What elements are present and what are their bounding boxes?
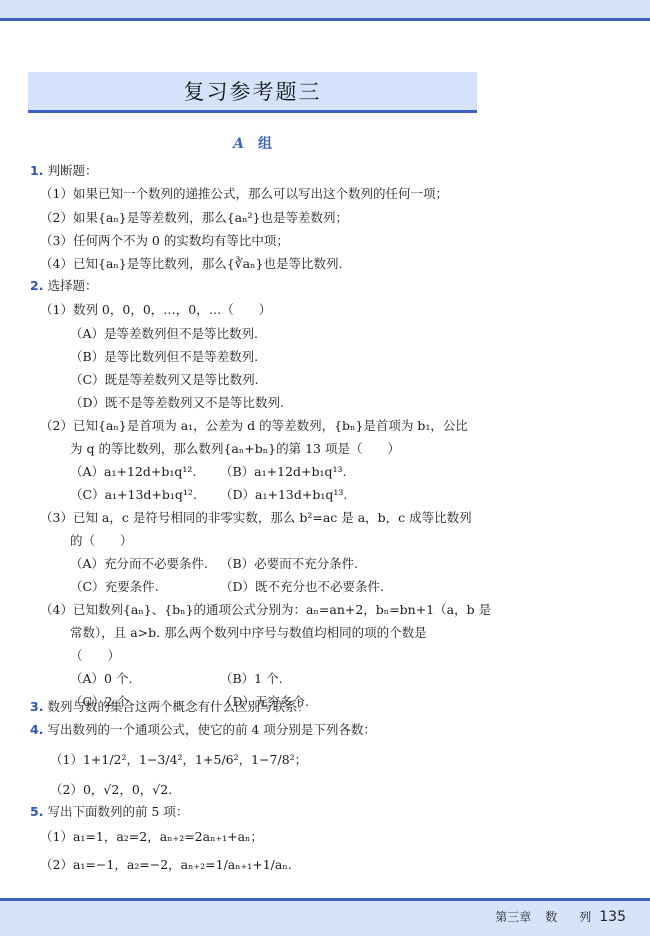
q2-2-stem-line1: （2）已知{aₙ}是首项为 a₁，公差为 d 的等差数列，{bₙ}是首项为 b₁… xyxy=(40,418,468,434)
q2-3-option-b: （B）必要而不充分条件. xyxy=(220,556,358,572)
question-2: 2. 选择题： xyxy=(30,278,97,294)
q2-3-stem-line2: 的（ ） xyxy=(70,533,133,549)
question-5: 5. 写出下面数列的前 5 项： xyxy=(30,804,188,820)
q1-item-2: （2）如果{aₙ}是等差数列，那么{aₙ²}也是等差数列； xyxy=(40,210,348,226)
question-3: 3. 数列与数的集合这两个概念有什么区别与联系？ xyxy=(30,699,310,715)
q2-4-stem-line2: 常数），且 a>b. 那么两个数列中序号与数值均相同的项的个数是 xyxy=(70,625,427,641)
group-label: 组 xyxy=(258,136,272,152)
q2-3-option-c: （C）充要条件. xyxy=(70,579,159,595)
chapter-label: 第三章 xyxy=(495,910,531,924)
q1-item-4: （4）已知{aₙ}是等比数列，那么{∛aₙ}也是等比数列. xyxy=(40,256,342,272)
group-letter: A xyxy=(233,136,244,152)
q2-3-option-d: （D）既不充分也不必要条件. xyxy=(220,579,384,595)
section-char-2: 列 xyxy=(579,910,591,924)
question-label: 判断题： xyxy=(47,163,97,178)
q2-2-option-c: （C）a₁+13d+b₁q¹². xyxy=(70,487,197,503)
question-1: 1. 判断题： xyxy=(30,163,97,179)
q2-2-option-d: （D）a₁+13d+b₁q¹³. xyxy=(220,487,347,503)
q2-1-option-c: （C）既是等差数列又是等比数列. xyxy=(70,372,259,388)
q2-3-stem-line1: （3）已知 a，c 是符号相同的非零实数，那么 b²=ac 是 a，b，c 成等… xyxy=(40,510,472,526)
section-char-1: 数 xyxy=(545,910,557,924)
question-text: 写出数列的一个通项公式，使它的前 4 项分别是下列各数： xyxy=(47,722,375,737)
question-number: 4. xyxy=(30,722,43,737)
question-4: 4. 写出数列的一个通项公式，使它的前 4 项分别是下列各数： xyxy=(30,722,376,738)
q2-4-stem-line1: （4）已知数列{aₙ}、{bₙ}的通项公式分别为：aₙ=an+2，bₙ=bn+1… xyxy=(40,602,491,618)
q2-1-option-a: （A）是等差数列但不是等比数列. xyxy=(70,326,258,342)
question-text: 数列与数的集合这两个概念有什么区别与联系？ xyxy=(47,699,310,714)
question-number: 5. xyxy=(30,804,43,819)
q2-2-option-b: （B）a₁+12d+b₁q¹³. xyxy=(220,464,347,480)
q2-4-stem-line3: （ ） xyxy=(70,648,120,664)
question-label: 选择题： xyxy=(47,278,97,293)
q1-item-1: （1）如果已知一个数列的递推公式，那么可以写出这个数列的任何一项； xyxy=(40,186,448,202)
q1-item-3: （3）任何两个不为 0 的实数均有等比中项； xyxy=(40,233,289,249)
header-rule xyxy=(0,18,650,21)
group-heading: A组 xyxy=(0,133,505,153)
q4-2: （2）0，√2，0，√2. xyxy=(50,782,172,798)
q2-2-option-a: （A）a₁+12d+b₁q¹². xyxy=(70,464,196,480)
q2-4-option-b: （B）1 个. xyxy=(220,671,283,687)
q4-1: （1）1+1/2²，1−3/4²，1+5/6²，1−7/8²； xyxy=(50,752,307,768)
q2-3-option-a: （A）充分而不必要条件. xyxy=(70,556,208,572)
q5-2: （2）a₁=−1，a₂=−2，aₙ₊₂=1/aₙ₊₁+1/aₙ. xyxy=(40,857,292,873)
q5-1: （1）a₁=1，a₂=2，aₙ₊₂=2aₙ₊₁+aₙ； xyxy=(40,829,263,845)
question-number: 2. xyxy=(30,278,43,293)
q2-1-option-d: （D）既不是等差数列又不是等比数列. xyxy=(70,395,284,411)
q2-4-option-a: （A）0 个. xyxy=(70,671,132,687)
running-footer: 第三章数列135 xyxy=(495,908,626,925)
header-band xyxy=(0,0,650,18)
question-number: 3. xyxy=(30,699,43,714)
question-text: 写出下面数列的前 5 项： xyxy=(47,804,188,819)
q2-1-stem: （1）数列 0，0，0，…，0，…（ ） xyxy=(40,302,271,318)
question-number: 1. xyxy=(30,163,43,178)
page-title: 复习参考题三 xyxy=(184,76,322,106)
page-number: 135 xyxy=(599,909,626,925)
q2-2-stem-line2: 为 q 的等比数列，那么数列{aₙ+bₙ}的第 13 项是（ ） xyxy=(70,441,400,457)
q2-1-option-b: （B）是等比数列但不是等差数列. xyxy=(70,349,258,365)
page-title-box: 复习参考题三 xyxy=(28,72,477,113)
